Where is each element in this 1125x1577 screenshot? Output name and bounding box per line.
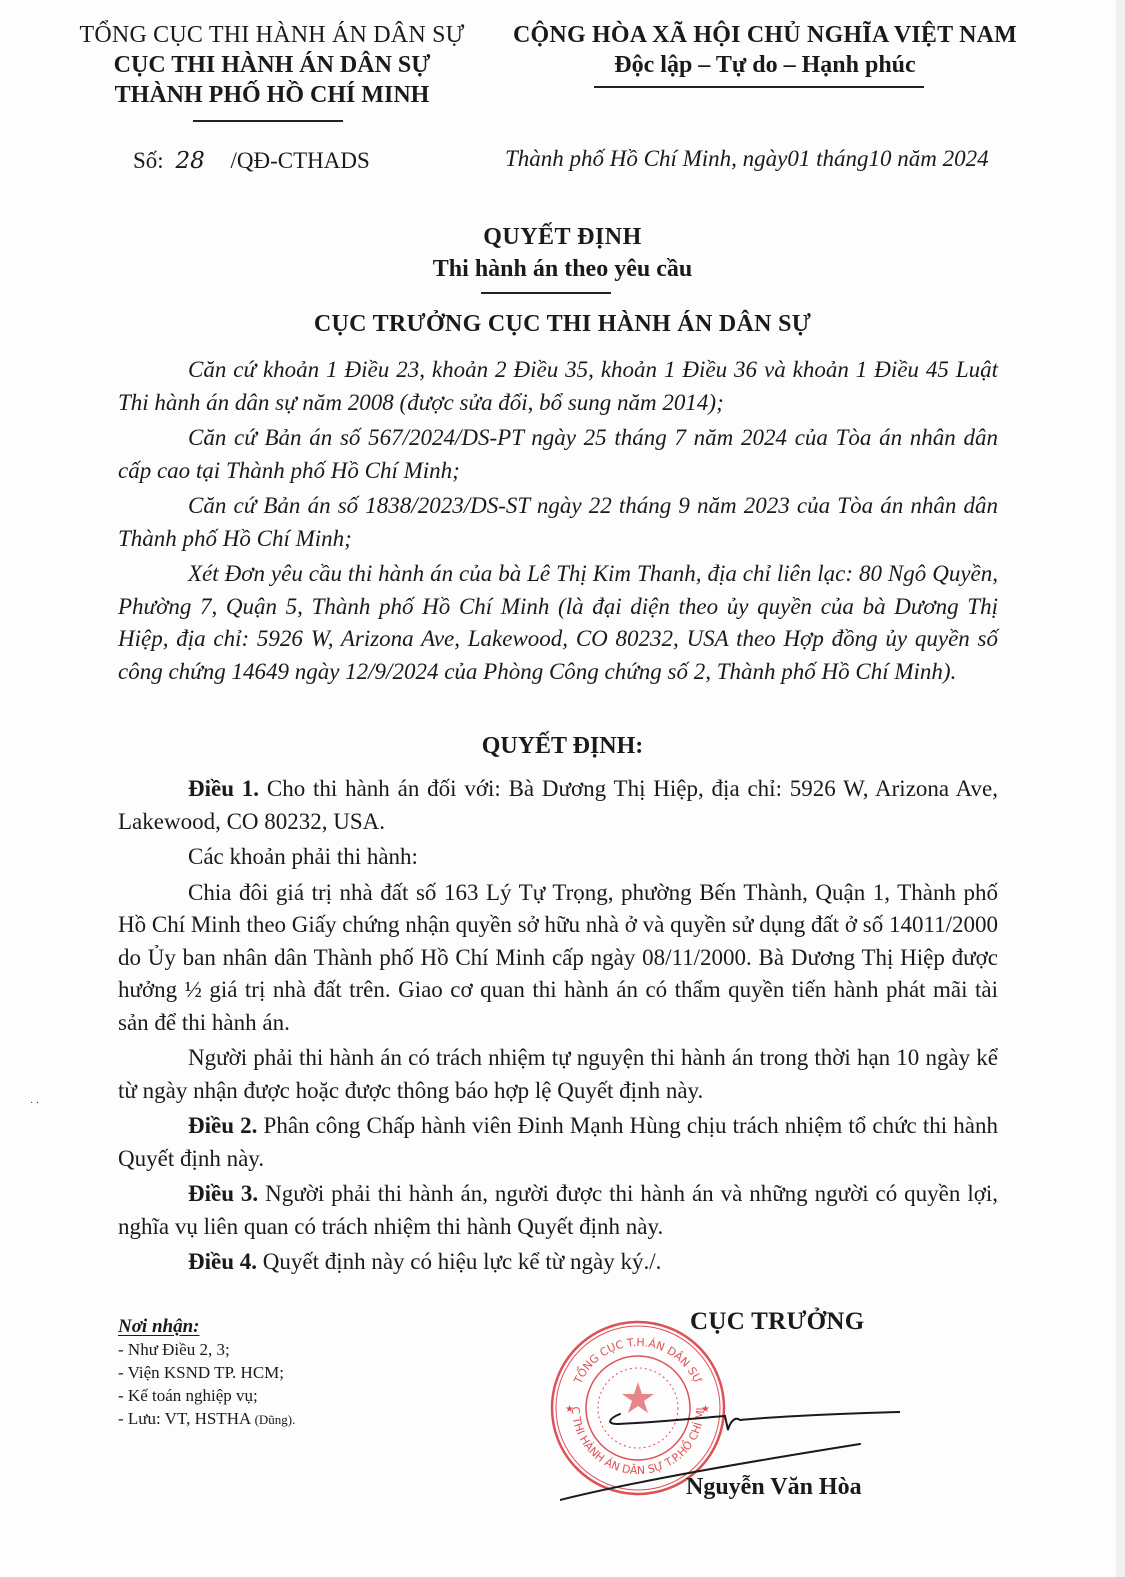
article-label: Điều 3. bbox=[188, 1181, 258, 1206]
parent-agency: TỔNG CỤC THI HÀNH ÁN DÂN SỰ bbox=[62, 20, 482, 50]
obligations-heading: Các khoản phải thi hành: bbox=[118, 841, 998, 874]
header-left-underline bbox=[193, 120, 343, 122]
voluntary-compliance: Người phải thi hành án có trách nhiệm tự… bbox=[118, 1042, 998, 1107]
date-place: Thành phố Hồ Chí Minh, ngày bbox=[505, 146, 787, 171]
handwritten-day: 01 bbox=[787, 146, 810, 171]
agency-name: CỤC THI HÀNH ÁN DÂN SỰ bbox=[62, 50, 482, 80]
recipient-item: - Viện KSND TP. HCM; bbox=[118, 1361, 295, 1384]
month-label: tháng bbox=[816, 146, 868, 171]
basis-item: Xét Đơn yêu cầu thi hành án của bà Lê Th… bbox=[118, 558, 998, 688]
articles: Điều 1. Cho thi hành án đối với: Bà Dươn… bbox=[118, 773, 998, 1282]
year-label: năm 2024 bbox=[897, 146, 988, 171]
country-name: CỘNG HÒA XÃ HỘI CHỦ NGHĨA VIỆT NAM bbox=[495, 20, 1035, 50]
obligation-detail: Chia đôi giá trị nhà đất số 163 Lý Tự Tr… bbox=[118, 877, 998, 1040]
decision-heading: QUYẾT ĐỊNH: bbox=[0, 733, 1125, 760]
article-label: Điều 1. bbox=[188, 776, 259, 801]
article-3: Điều 3. Người phải thi hành án, người đư… bbox=[118, 1178, 998, 1243]
legal-basis: Căn cứ khoản 1 Điều 23, khoản 2 Điều 35,… bbox=[118, 354, 998, 691]
recipient-item: - Như Điều 2, 3; bbox=[118, 1338, 295, 1361]
article-2: Điều 2. Phân công Chấp hành viên Đinh Mạ… bbox=[118, 1110, 998, 1175]
issuing-agency-header: TỔNG CỤC THI HÀNH ÁN DÂN SỰ CỤC THI HÀNH… bbox=[62, 20, 482, 110]
article-4: Điều 4. Quyết định này có hiệu lực kể từ… bbox=[118, 1246, 998, 1279]
document-title: QUYẾT ĐỊNH bbox=[0, 224, 1125, 251]
national-motto: Độc lập – Tự do – Hạnh phúc bbox=[495, 50, 1035, 80]
basis-item: Căn cứ Bản án số 1838/2023/DS-ST ngày 22… bbox=[118, 490, 998, 555]
number-suffix: /QĐ-CTHADS bbox=[230, 148, 369, 173]
article-1: Điều 1. Cho thi hành án đối với: Bà Dươn… bbox=[118, 773, 998, 838]
article-label: Điều 2. bbox=[188, 1113, 257, 1138]
svg-text:TỔNG CỤC T.H.ÁN DÂN SỰ: TỔNG CỤC T.H.ÁN DÂN SỰ bbox=[571, 1336, 704, 1387]
article-label: Điều 4. bbox=[188, 1249, 257, 1274]
signer-name: Nguyễn Văn Hòa bbox=[686, 1474, 862, 1501]
basis-item: Căn cứ khoản 1 Điều 23, khoản 2 Điều 35,… bbox=[118, 354, 998, 419]
national-header: CỘNG HÒA XÃ HỘI CHỦ NGHĨA VIỆT NAM Độc l… bbox=[495, 20, 1035, 80]
document-number: Số: 28 /QĐ-CTHADS bbox=[133, 148, 370, 174]
document-subtitle: Thi hành án theo yêu cầu bbox=[0, 256, 1125, 283]
date-line: Thành phố Hồ Chí Minh, ngày01 tháng10 nă… bbox=[505, 146, 989, 172]
recipients-heading: Nơi nhận: bbox=[118, 1315, 295, 1338]
agency-city: THÀNH PHỐ HỒ CHÍ MINH bbox=[62, 80, 482, 110]
recipient-item: - Lưu: VT, HSTHA (Dũng). bbox=[118, 1407, 295, 1431]
handwritten-month: 10 bbox=[869, 146, 892, 171]
margin-marks: · · bbox=[30, 1098, 39, 1109]
basis-item: Căn cứ Bản án số 567/2024/DS-PT ngày 25 … bbox=[118, 422, 998, 487]
recipient-item: - Kế toán nghiệp vụ; bbox=[118, 1384, 295, 1407]
issuing-authority: CỤC TRƯỞNG CỤC THI HÀNH ÁN DÂN SỰ bbox=[0, 311, 1125, 338]
handwritten-number: 28 bbox=[175, 148, 204, 174]
number-prefix: Số: bbox=[133, 148, 164, 173]
header-right-underline bbox=[594, 86, 924, 88]
recipients-block: Nơi nhận: - Như Điều 2, 3; - Viện KSND T… bbox=[118, 1315, 295, 1431]
title-underline bbox=[481, 292, 611, 294]
